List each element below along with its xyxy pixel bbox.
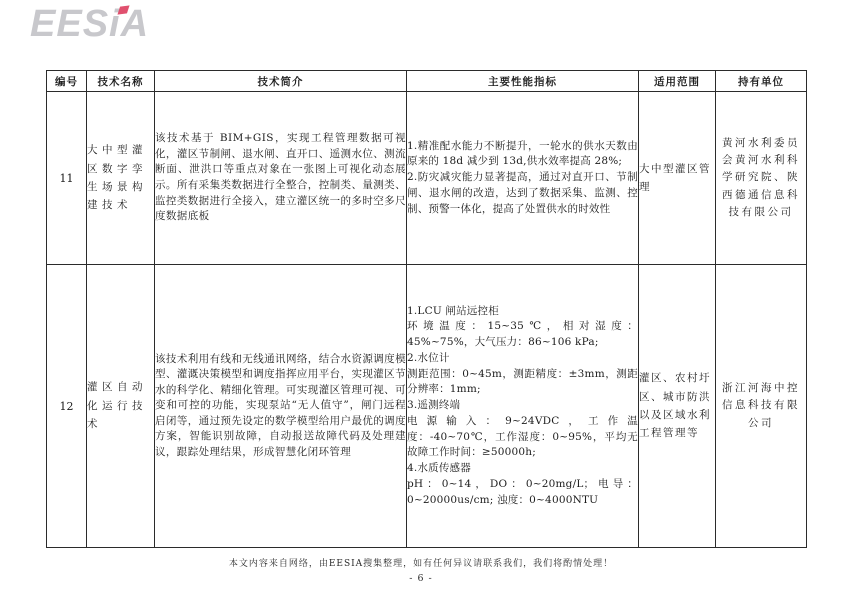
cell-number-12: 12 xyxy=(47,265,87,548)
col-header-indicators: 主要性能指标 xyxy=(407,71,639,92)
document-page: EESiA 编号 技术名称 技术简介 主要性能指标 适用范围 持有单位 11 大… xyxy=(0,0,842,596)
col-header-intro: 技术简介 xyxy=(155,71,407,92)
cell-holder-12: 浙江河海中控信息科技有限公司 xyxy=(716,265,807,548)
cell-number-11: 11 xyxy=(47,92,87,265)
table-row-12: 12 灌区自动化运行技术 该技术利用有线和无线通讯网络，结合水资源调度模型、灌溉… xyxy=(47,265,807,548)
footer: 本文内容来自网络，由EESIA搜集整理，如有任何异议请联系我们，我们将酌情处理！… xyxy=(0,556,842,584)
page-number: - 6 - xyxy=(0,573,842,584)
cell-name-11: 大中型灌区数字孪生场景构建技术 xyxy=(87,92,155,265)
table-row-11: 11 大中型灌区数字孪生场景构建技术 该技术基于 BIM+GIS，实现工程管理数… xyxy=(47,92,807,265)
col-header-number: 编号 xyxy=(47,71,87,92)
cell-intro-11: 该技术基于 BIM+GIS，实现工程管理数据可视化，灌区节制闸、退水闸、直开口、… xyxy=(155,92,407,265)
footer-disclaimer: 本文内容来自网络，由EESIA搜集整理，如有任何异议请联系我们，我们将酌情处理！ xyxy=(0,556,842,569)
cell-indicators-12: 1.LCU 闸站远控柜 环境温度：15~35℃，相对湿度：45%~75%，大气压… xyxy=(407,265,639,548)
logo-text: EESiA xyxy=(30,3,149,45)
technology-table: 编号 技术名称 技术简介 主要性能指标 适用范围 持有单位 11 大中型灌区数字… xyxy=(46,70,807,548)
header-row: 编号 技术名称 技术简介 主要性能指标 适用范围 持有单位 xyxy=(47,71,807,92)
cell-name-12: 灌区自动化运行技术 xyxy=(87,265,155,548)
eesia-logo: EESiA xyxy=(30,2,149,46)
cell-holder-11: 黄河水利委员会黄河水利科学研究院、陕西德通信息科技有限公司 xyxy=(716,92,807,265)
cell-intro-12: 该技术利用有线和无线通讯网络，结合水资源调度模型、灌溉决策模型和调度指挥应用平台… xyxy=(155,265,407,548)
cell-scope-11: 大中型灌区管理 xyxy=(639,92,716,265)
col-header-scope: 适用范围 xyxy=(639,71,716,92)
cell-indicators-11: 1.精准配水能力不断提升，一轮水的供水天数由原来的 18d 减少到 13d,供水… xyxy=(407,92,639,265)
col-header-name: 技术名称 xyxy=(87,71,155,92)
col-header-holder: 持有单位 xyxy=(716,71,807,92)
cell-scope-12: 灌区、农村圩区、城市防洪以及区域水利工程管理等 xyxy=(639,265,716,548)
